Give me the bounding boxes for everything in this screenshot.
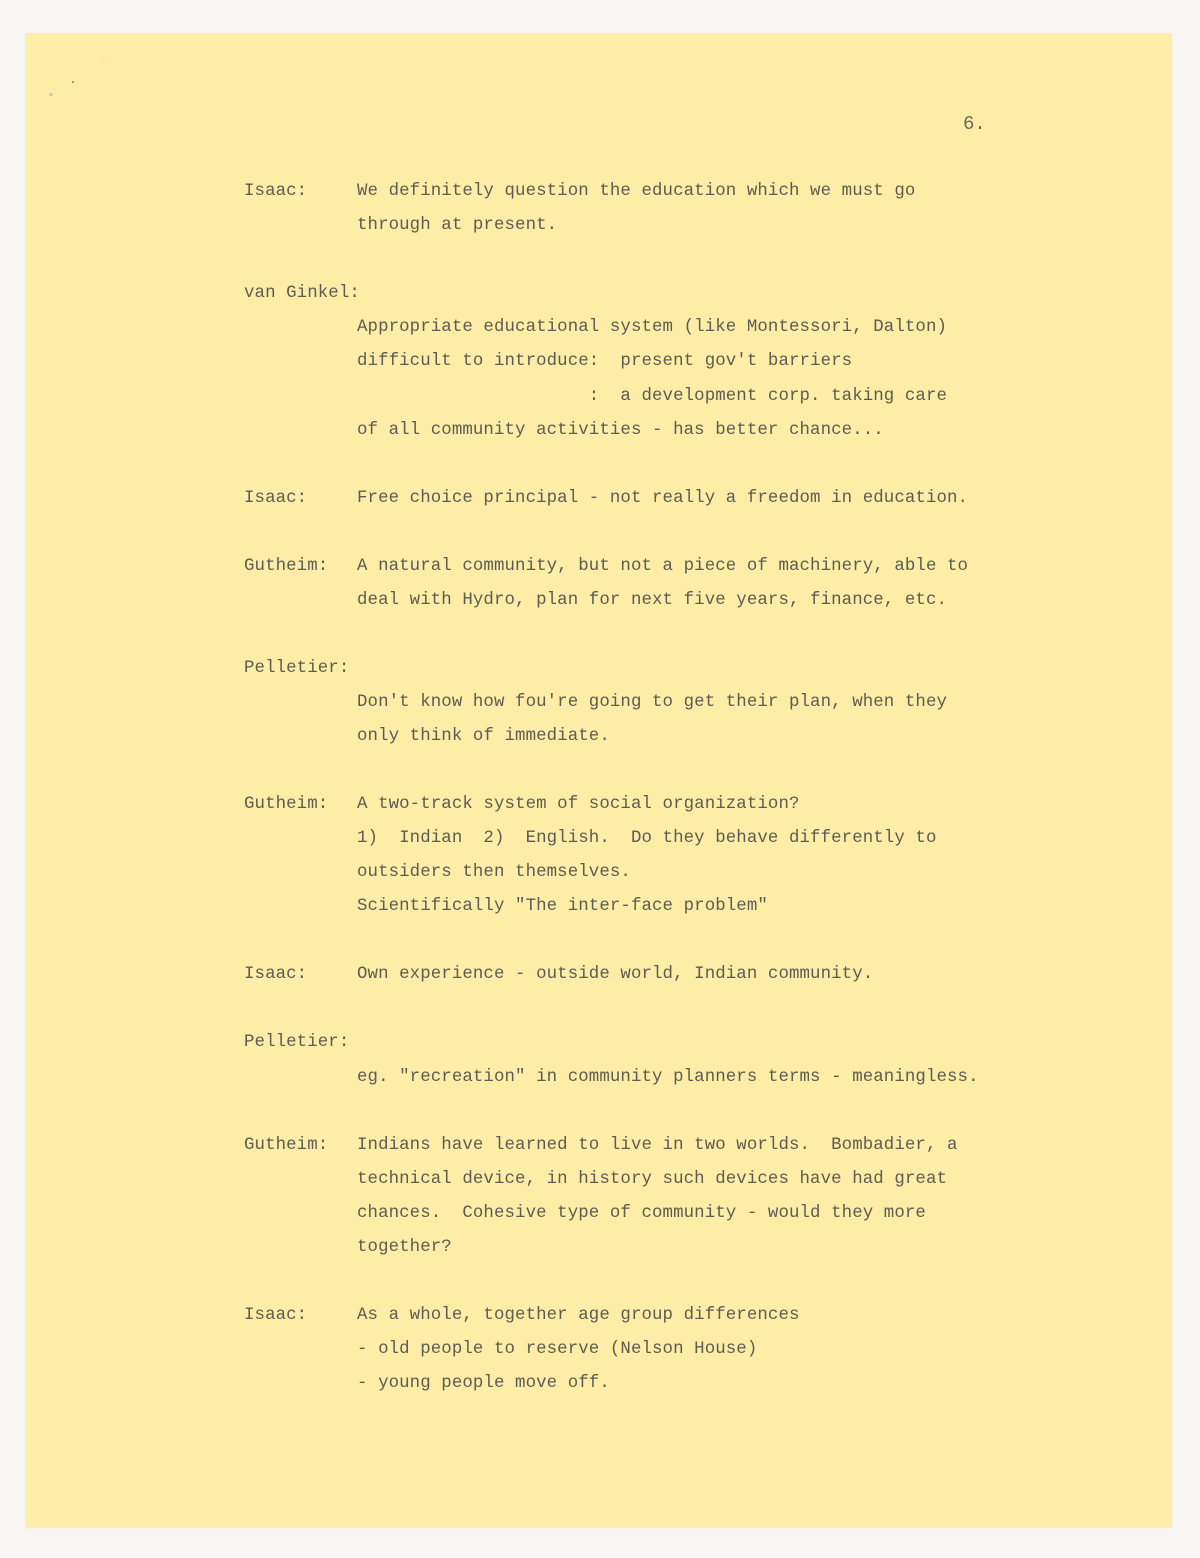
dialogue-line: only think of immediate. (357, 727, 610, 746)
speaker-label: Pelletier: (244, 659, 349, 678)
paper-speck (49, 93, 53, 96)
dialogue-line: Indians have learned to live in two worl… (357, 1136, 958, 1155)
dialogue-line: Own experience - outside world, Indian c… (357, 965, 873, 984)
dialogue-line: technical device, in history such device… (357, 1170, 947, 1189)
speaker-label: Isaac: (244, 489, 307, 508)
dialogue-line: As a whole, together age group differenc… (357, 1306, 800, 1325)
dialogue-line: together? (357, 1238, 452, 1257)
dialogue-line: of all community activities - has better… (357, 421, 884, 440)
dialogue-line: outsiders then themselves. (357, 863, 631, 882)
paper-speck (72, 81, 74, 83)
dialogue-line: - old people to reserve (Nelson House) (357, 1340, 757, 1359)
dialogue-line: - young people move off. (357, 1374, 610, 1393)
speaker-label: Isaac: (244, 965, 307, 984)
speaker-label: Gutheim: (244, 557, 328, 576)
speaker-label: Gutheim: (244, 795, 328, 814)
dialogue-line: Free choice principal - not really a fre… (357, 489, 968, 508)
dialogue-line: We definitely question the education whi… (357, 182, 915, 201)
dialogue-line: deal with Hydro, plan for next five year… (357, 591, 947, 610)
speaker-label: Isaac: (244, 182, 307, 201)
speaker-label: Pelletier: (244, 1033, 349, 1052)
dialogue-line: chances. Cohesive type of community - wo… (357, 1204, 926, 1223)
speaker-label: Isaac: (244, 1306, 307, 1325)
dialogue-line: Appropriate educational system (like Mon… (357, 318, 947, 337)
dialogue-line: Don't know how fou're going to get their… (357, 693, 947, 712)
dialogue-line: Scientifically "The inter-face problem" (357, 897, 768, 916)
dialogue-line: eg. "recreation" in community planners t… (357, 1068, 979, 1087)
dialogue-line: difficult to introduce: present gov't ba… (357, 352, 852, 371)
speaker-label: van Ginkel: (244, 284, 360, 303)
dialogue-line: A two-track system of social organizatio… (357, 795, 800, 814)
dialogue-line: through at present. (357, 216, 557, 235)
dialogue-line: 1) Indian 2) English. Do they behave dif… (357, 829, 936, 848)
page-number: 6. (963, 113, 986, 135)
dialogue-line: : a development corp. taking care (357, 387, 947, 406)
typewritten-page: ′ (25, 33, 1172, 1528)
speaker-label: Gutheim: (244, 1136, 328, 1155)
dialogue-line: A natural community, but not a piece of … (357, 557, 968, 576)
pencil-mark: ′ (103, 55, 105, 66)
